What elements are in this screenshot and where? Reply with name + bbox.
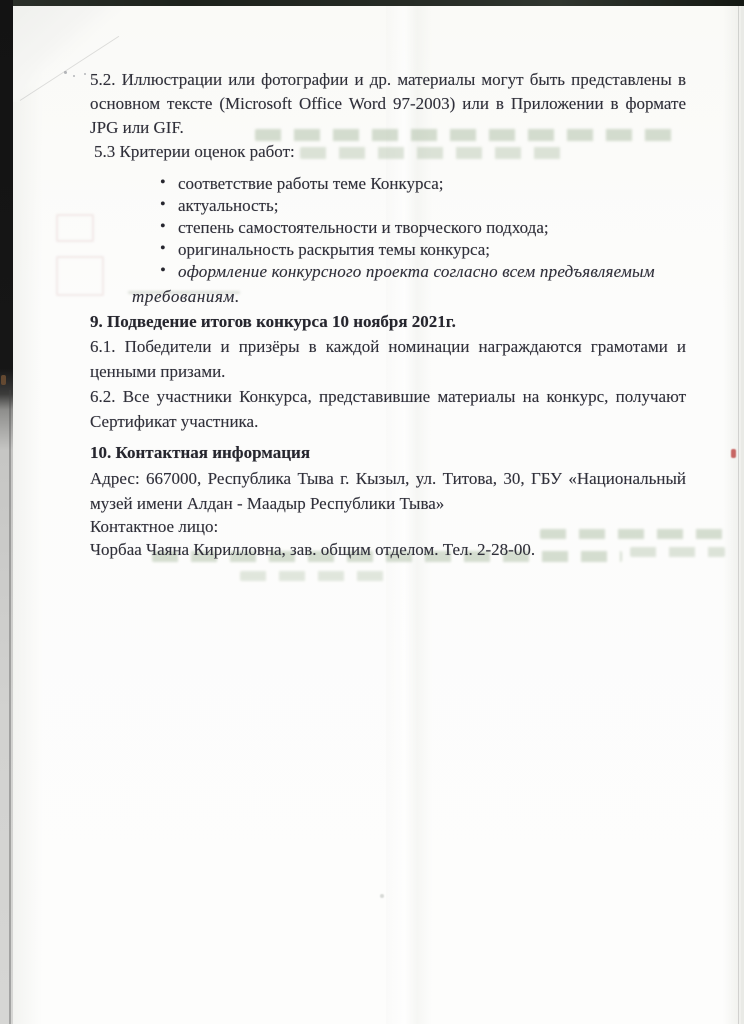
- list-item-text: оригинальность раскрытия темы конкурса;: [178, 240, 490, 259]
- list-item-text: степень самостоятельности и творческого …: [178, 218, 549, 237]
- address-line: Адрес: 667000, Республика Тыва г. Кызыл,…: [90, 466, 686, 516]
- list-item: • соответствие работы теме Конкурса;: [90, 173, 686, 195]
- scanner-edge-top: [0, 0, 744, 6]
- bullet-icon: •: [160, 216, 166, 238]
- paragraph-6-2: 6.2. Все участники Конкурса, представивш…: [90, 384, 686, 434]
- bullet-icon: •: [160, 238, 166, 260]
- list-item: • оригинальность раскрытия темы конкурса…: [90, 239, 686, 261]
- contact-label: Контактное лицо:: [90, 515, 686, 539]
- bullet-icon: •: [160, 260, 166, 282]
- bullet-icon: •: [160, 194, 166, 216]
- paragraph-5-3-heading: 5.3 Критерии оценок работ:: [90, 140, 690, 164]
- dust-speck: [73, 75, 75, 77]
- bullet-icon: •: [160, 172, 166, 194]
- red-ink-mark: [731, 449, 736, 458]
- list-item: • степень самостоятельности и творческог…: [90, 217, 686, 239]
- paragraph-6-1: 6.1. Победители и призёры в каждой номин…: [90, 334, 686, 384]
- list-item-text: соответствие работы теме Конкурса;: [178, 174, 443, 193]
- section-10-heading: 10. Контактная информация: [90, 441, 686, 465]
- dust-speck: [64, 71, 67, 74]
- list-item-text: актуальность;: [178, 196, 278, 215]
- dust-speck: [84, 73, 86, 75]
- criteria-bullet-list: • соответствие работы теме Конкурса; • а…: [90, 173, 686, 283]
- bleedthrough-box: [56, 214, 94, 242]
- list-item: • актуальность;: [90, 195, 686, 217]
- section-9-heading: 9. Подведение итогов конкурса 10 ноября …: [90, 310, 686, 334]
- paragraph-5-2: 5.2. Иллюстрации или фотографии и др. ма…: [90, 68, 686, 140]
- list-item-text: оформление конкурсного проекта согласно …: [178, 262, 655, 281]
- contact-person-line: Чорбаа Чаяна Кирилловна, зав. общим отде…: [90, 538, 686, 562]
- list-item: • оформление конкурсного проекта согласн…: [90, 261, 686, 283]
- scanner-edge-left-line: [9, 390, 11, 1024]
- scanned-document-page: 5.2. Иллюстрации или фотографии и др. ма…: [0, 0, 744, 1024]
- list-item-continuation: требованиям.: [90, 285, 728, 309]
- scanner-edge-left: [0, 0, 13, 1024]
- edge-speck: [1, 375, 6, 385]
- dust-speck: [380, 894, 384, 898]
- bleedthrough-smudge: [240, 571, 390, 581]
- paper-right-edge: [738, 6, 739, 1024]
